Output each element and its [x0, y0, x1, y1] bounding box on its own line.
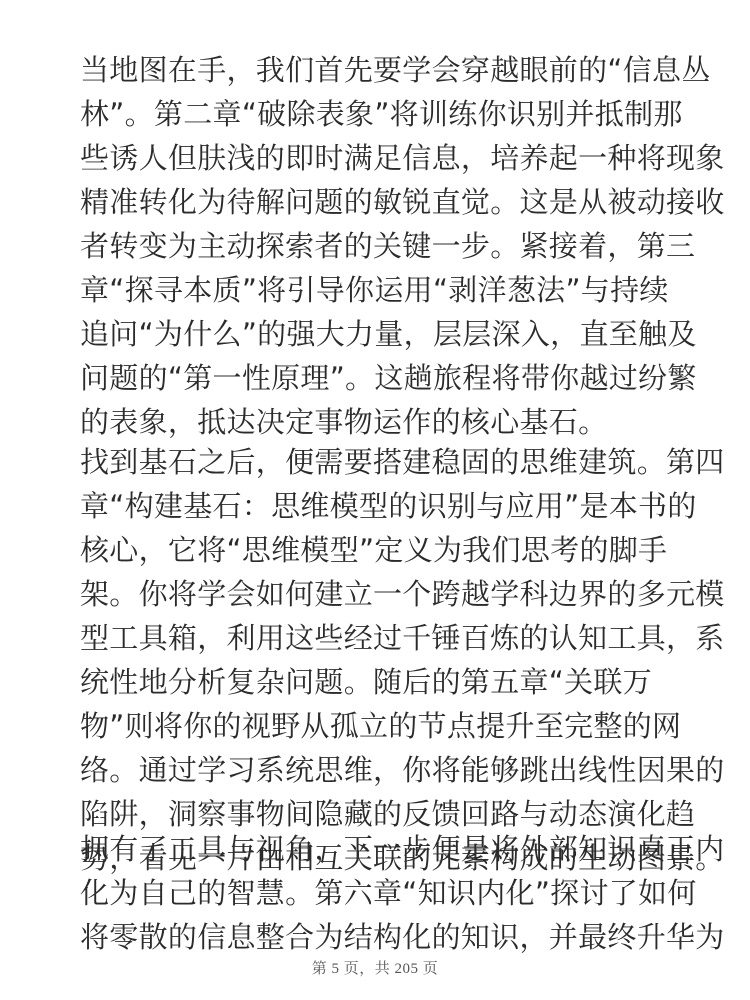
text-line: 的表象，抵达决定事物运作的核心基石。: [80, 400, 725, 444]
text-line: 核心，它将“思维模型”定义为我们思考的脚手: [80, 528, 725, 572]
text-line: 林”。第二章“破除表象”将训练你识别并抵制那: [80, 92, 725, 136]
text-line: 化为自己的智慧。第六章“知识内化”探讨了如何: [80, 871, 725, 915]
text-line: 型工具箱，利用这些经过千锤百炼的认知工具，系: [80, 616, 725, 660]
text-line: 物”则将你的视野从孤立的节点提升至完整的网: [80, 704, 725, 748]
text-line: 些诱人但肤浅的即时满足信息，培养起一种将现象: [80, 136, 725, 180]
paragraph-1: 当地图在手，我们首先要学会穿越眼前的“信息丛 林”。第二章“破除表象”将训练你识…: [80, 48, 725, 444]
text-line: 精准转化为待解问题的敏锐直觉。这是从被动接收: [80, 180, 725, 224]
text-line: 章“构建基石：思维模型的识别与应用”是本书的: [80, 484, 725, 528]
paragraph-3: 拥有了工具与视角，下一步便是将外部知识真正内 化为自己的智慧。第六章“知识内化”…: [80, 827, 725, 959]
text-line: 找到基石之后，便需要搭建稳固的思维建筑。第四: [80, 440, 725, 484]
page-number-footer: 第 5 页，共 205 页: [0, 957, 750, 978]
text-line: 架。你将学会如何建立一个跨越学科边界的多元模: [80, 572, 725, 616]
text-line: 追问“为什么”的强大力量，层层深入，直至触及: [80, 312, 725, 356]
text-line: 者转变为主动探索者的关键一步。紧接着，第三: [80, 224, 725, 268]
text-line: 将零散的信息整合为结构化的知识，并最终升华为: [80, 915, 725, 959]
text-line: 统性地分析复杂问题。随后的第五章“关联万: [80, 660, 725, 704]
text-line: 问题的“第一性原理”。这趟旅程将带你越过纷繁: [80, 356, 725, 400]
paragraph-2: 找到基石之后，便需要搭建稳固的思维建筑。第四 章“构建基石：思维模型的识别与应用…: [80, 440, 725, 880]
text-line: 当地图在手，我们首先要学会穿越眼前的“信息丛: [80, 48, 725, 92]
text-line: 章“探寻本质”将引导你运用“剥洋葱法”与持续: [80, 268, 725, 312]
text-line: 拥有了工具与视角，下一步便是将外部知识真正内: [80, 827, 725, 871]
text-line: 络。通过学习系统思维，你将能够跳出线性因果的: [80, 748, 725, 792]
